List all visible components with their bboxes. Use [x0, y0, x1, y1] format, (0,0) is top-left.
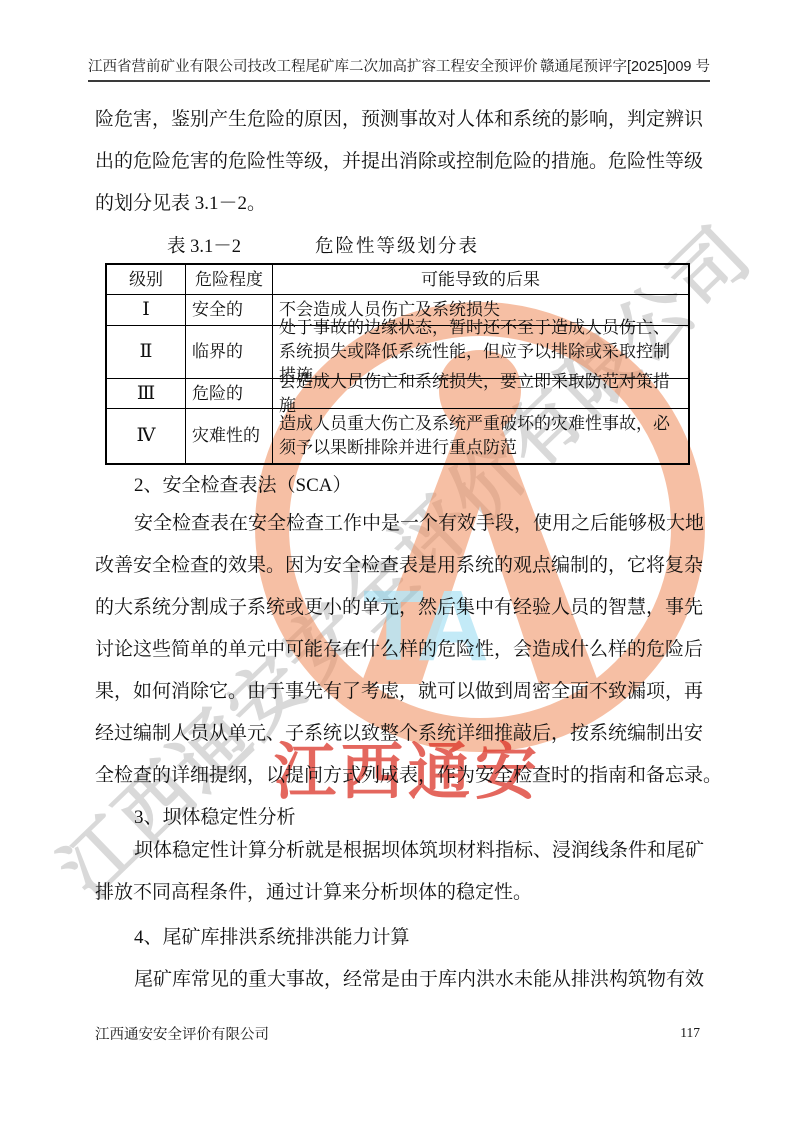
text-line: 全检查的详细提纲，以提问方式列成表，作为安全检查时的指南和备忘录。	[95, 752, 735, 794]
table-cell-degree: 危险的	[185, 378, 272, 408]
page-header: 江西省营前矿业有限公司技改工程尾矿库二次加高扩容工程安全预评价 赣通尾预评字[2…	[88, 50, 710, 82]
section-heading: 2、安全检查表法（SCA）	[95, 462, 774, 504]
text-line: 改善安全检查的效果。因为安全检查表是用系统的观点编制的，它将复杂	[95, 542, 735, 584]
table-cell-consequence: 造成人员重大伤亡及系统严重破坏的灾难性事故，必须予以果断排除并进行重点防范	[272, 408, 688, 463]
table-cell-consequence: 会造成人员伤亡和系统损失，要立即采取防范对策措施	[272, 378, 688, 408]
text-line: 坝体稳定性计算分析就是根据坝体筑坝材料指标、浸润线条件和尾矿	[95, 827, 774, 869]
text-line: 经过编制人员从单元、子系统以致整个系统详细推敲后，按系统编制出安	[95, 710, 735, 752]
table-cell-level: Ⅳ	[107, 408, 185, 463]
table-header-cell: 危险程度	[185, 265, 272, 294]
table-header-cell: 可能导致的后果	[272, 265, 688, 294]
risk-grade-table: 级别 危险程度 可能导致的后果 Ⅰ 安全的 不会造成人员伤亡及系统损失 Ⅱ 临界…	[105, 263, 690, 465]
section-heading: 4、尾矿库排洪系统排洪能力计算	[95, 914, 774, 956]
text-line: 果，如何消除它。由于事先有了考虑，就可以做到周密全面不致漏项，再	[95, 668, 735, 710]
content-layer: 江西省营前矿业有限公司技改工程尾矿库二次加高扩容工程安全预评价 赣通尾预评字[2…	[0, 0, 793, 1122]
text-line: 安全检查表在安全检查工作中是一个有效手段，使用之后能够极大地	[95, 500, 774, 542]
footer-company: 江西通安安全评价有限公司	[95, 1023, 269, 1044]
table-cell-level: Ⅲ	[107, 378, 185, 408]
table-cell-level: Ⅰ	[107, 294, 185, 325]
table-cell-degree: 临界的	[185, 325, 272, 378]
text-line: 险危害，鉴别产生危险的原因，预测事故对人体和系统的影响，判定辨识	[95, 96, 735, 138]
table-header-cell: 级别	[107, 265, 185, 294]
text-line: 讨论这些简单的单元中可能存在什么样的危险性，会造成什么样的危险后	[95, 626, 735, 668]
text-line: 的大系统分割成子系统或更小的单元，然后集中有经验人员的智慧，事先	[95, 584, 735, 626]
text-line: 出的危险危害的危险性等级，并提出消除或控制危险的措施。危险性等级	[95, 138, 735, 180]
header-title: 江西省营前矿业有限公司技改工程尾矿库二次加高扩容工程安全预评价	[88, 55, 538, 76]
page-number: 117	[680, 1025, 700, 1041]
table-cell-degree: 灾难性的	[185, 408, 272, 463]
text-line: 尾矿库常见的重大事故，经常是由于库内洪水未能从排洪构筑物有效	[95, 956, 774, 998]
text-line: 的划分见表 3.1－2。	[95, 180, 735, 222]
document-page: 江西通安安全评价有限公司 TA 江西通安 江西省营前矿业有限公司技改工程尾矿库二…	[0, 0, 793, 1122]
text-line: 排放不同高程条件，通过计算来分析坝体的稳定性。	[95, 869, 735, 911]
header-doc-number: 赣通尾预评字[2025]009 号	[540, 55, 710, 76]
table-cell-degree: 安全的	[185, 294, 272, 325]
table-caption: 表 3.1－2 危险性等级划分表	[105, 230, 690, 260]
table-caption-label: 表 3.1－2	[167, 232, 241, 258]
table-caption-title: 危险性等级划分表	[315, 232, 479, 258]
table-cell-level: Ⅱ	[107, 325, 185, 378]
page-footer: 江西通安安全评价有限公司 117	[95, 1021, 700, 1045]
